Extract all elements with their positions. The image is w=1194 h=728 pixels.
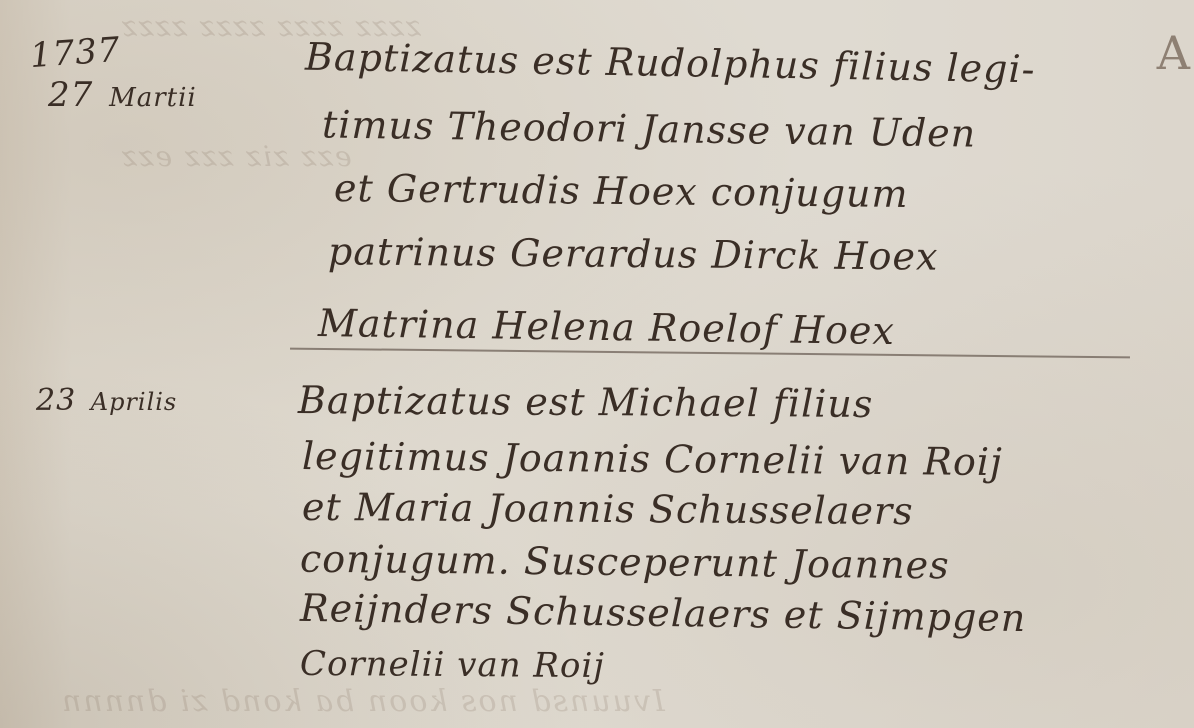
margin-year: 1737: [29, 33, 122, 73]
entry-2-line-6: Cornelii van Roij: [300, 647, 605, 683]
entry-2-line-1: Baptizatus est Michael filius: [298, 381, 874, 423]
entry-1-line-2: timus Theodori Jansse van Uden: [322, 105, 977, 152]
entry-1-line-1: Baptizatus est Rudolphus filius legi-: [305, 38, 1036, 89]
register-page: zzzz zzzz zzzz zzzz ezz ziz zzz ezz Ivuu…: [0, 0, 1194, 728]
entry-2-line-2: legitimus Joannis Cornelii van Roij: [302, 437, 1003, 481]
entry-1-line-5: Matrina Helena Roelof Hoex: [318, 304, 895, 350]
bleed-through-text: Ivuunsd nos koon ba kond zi dnnnn: [60, 684, 665, 719]
entry-2-month: Aprilis: [91, 388, 178, 416]
entry-1-month: Martii: [109, 83, 197, 113]
corner-mark: A: [1157, 26, 1190, 80]
margin-date-entry-1: 27 Martii: [48, 78, 197, 112]
entry-2-day: 23: [36, 383, 76, 418]
entry-1-day: 27: [48, 75, 93, 115]
margin-date-entry-2: 23 Aprilis: [36, 386, 177, 416]
entry-2-line-3: et Maria Joannis Schusselaers: [302, 488, 914, 530]
entry-1-line-3: et Gertrudis Hoex conjugum: [334, 169, 909, 213]
entry-2-line-5: Reijnders Schusselaers et Sijmpgen: [300, 589, 1027, 637]
entry-2-line-4: conjugum. Susceperunt Joannes: [300, 540, 950, 585]
bleed-through-text: ezz ziz zzz ezz: [120, 140, 352, 173]
entry-1-line-4: patrinus Gerardus Dirck Hoex: [328, 232, 939, 275]
